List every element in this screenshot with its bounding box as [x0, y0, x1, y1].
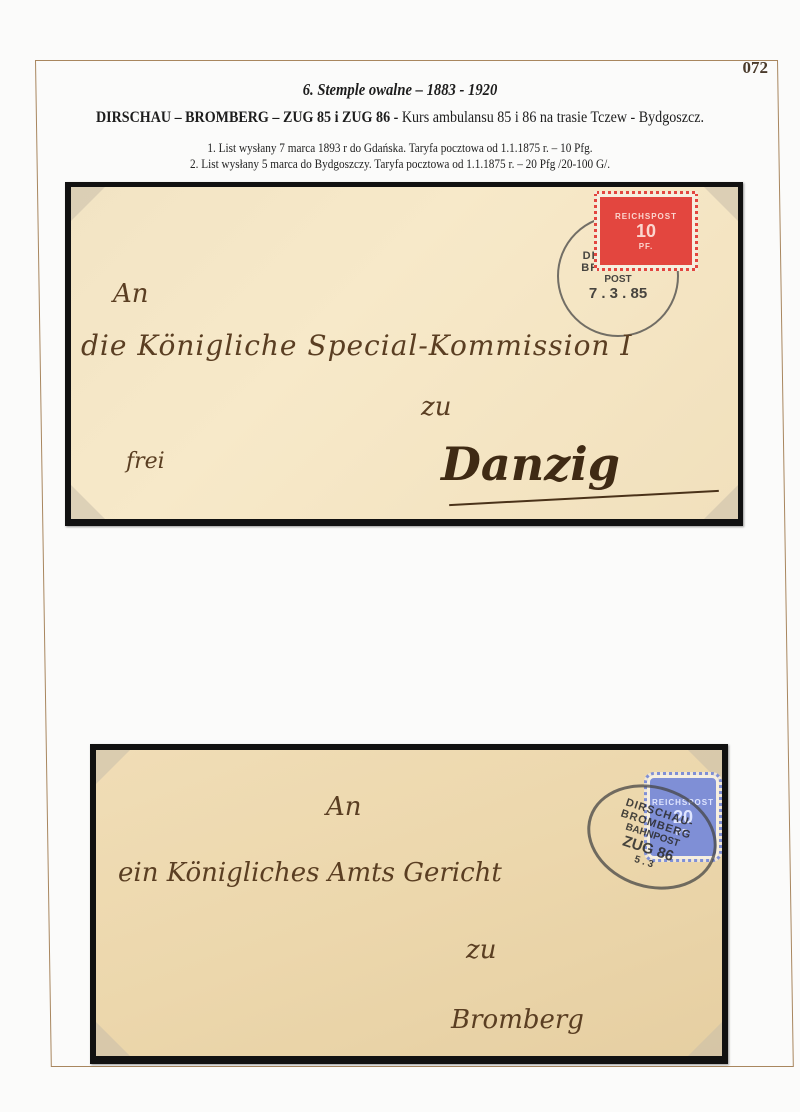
address-line-3: zu: [421, 392, 451, 422]
address-line-1: An: [326, 792, 362, 822]
route-heading: DIRSCHAU – BROMBERG – ZUG 85 i ZUG 86 - …: [48, 109, 752, 127]
route-description: Kurs ambulansu 85 i 86 na trasie Tczew -…: [402, 109, 704, 126]
mount-corner: [71, 485, 105, 519]
route-name: DIRSCHAU – BROMBERG – ZUG 85 i ZUG 86 -: [96, 109, 402, 126]
address-line-4: Danzig: [441, 437, 620, 491]
mount-corner: [688, 1022, 722, 1056]
mount-corner: [71, 187, 105, 221]
cover-1-stamp: REICHSPOST 10 PF.: [594, 191, 698, 271]
address-line-2: ein Königliches Amts Gericht: [118, 858, 502, 888]
section-title: 6. Stemple owalne – 1883 - 1920: [56, 80, 744, 100]
page-number: 072: [743, 58, 769, 78]
note-1: 1. List wysłany 7 marca 1893 r do Gdańsk…: [40, 140, 760, 156]
address-line-1: An: [113, 279, 149, 309]
stamp-value: 10: [636, 221, 656, 242]
address-line-3: zu: [466, 935, 496, 965]
stamp-unit: PF.: [639, 242, 654, 251]
postmark-date: 7 . 3 . 85: [589, 285, 647, 302]
franking-note: frei: [126, 449, 165, 474]
mount-corner: [96, 750, 130, 784]
mount-corner: [96, 1022, 130, 1056]
address-line-4: Bromberg: [451, 1005, 584, 1035]
stamp-country: REICHSPOST: [615, 212, 677, 221]
postmark-label: POST: [604, 274, 631, 285]
cover-1-envelope: DIRSCHAU-BROMBERG POST 7 . 3 . 85 REICHS…: [71, 187, 738, 519]
cover-notes: 1. List wysłany 7 marca 1893 r do Gdańsk…: [40, 140, 760, 172]
mount-corner: [704, 187, 738, 221]
cover-2-envelope: REICHSPOST 20 PF. DIRSCHAU-BROMBERG BAHN…: [96, 750, 722, 1056]
address-underline: [449, 490, 719, 506]
address-line-2: die Königliche Special-Kommission I: [81, 329, 632, 362]
note-2: 2. List wysłany 5 marca do Bydgoszczy. T…: [40, 156, 760, 172]
